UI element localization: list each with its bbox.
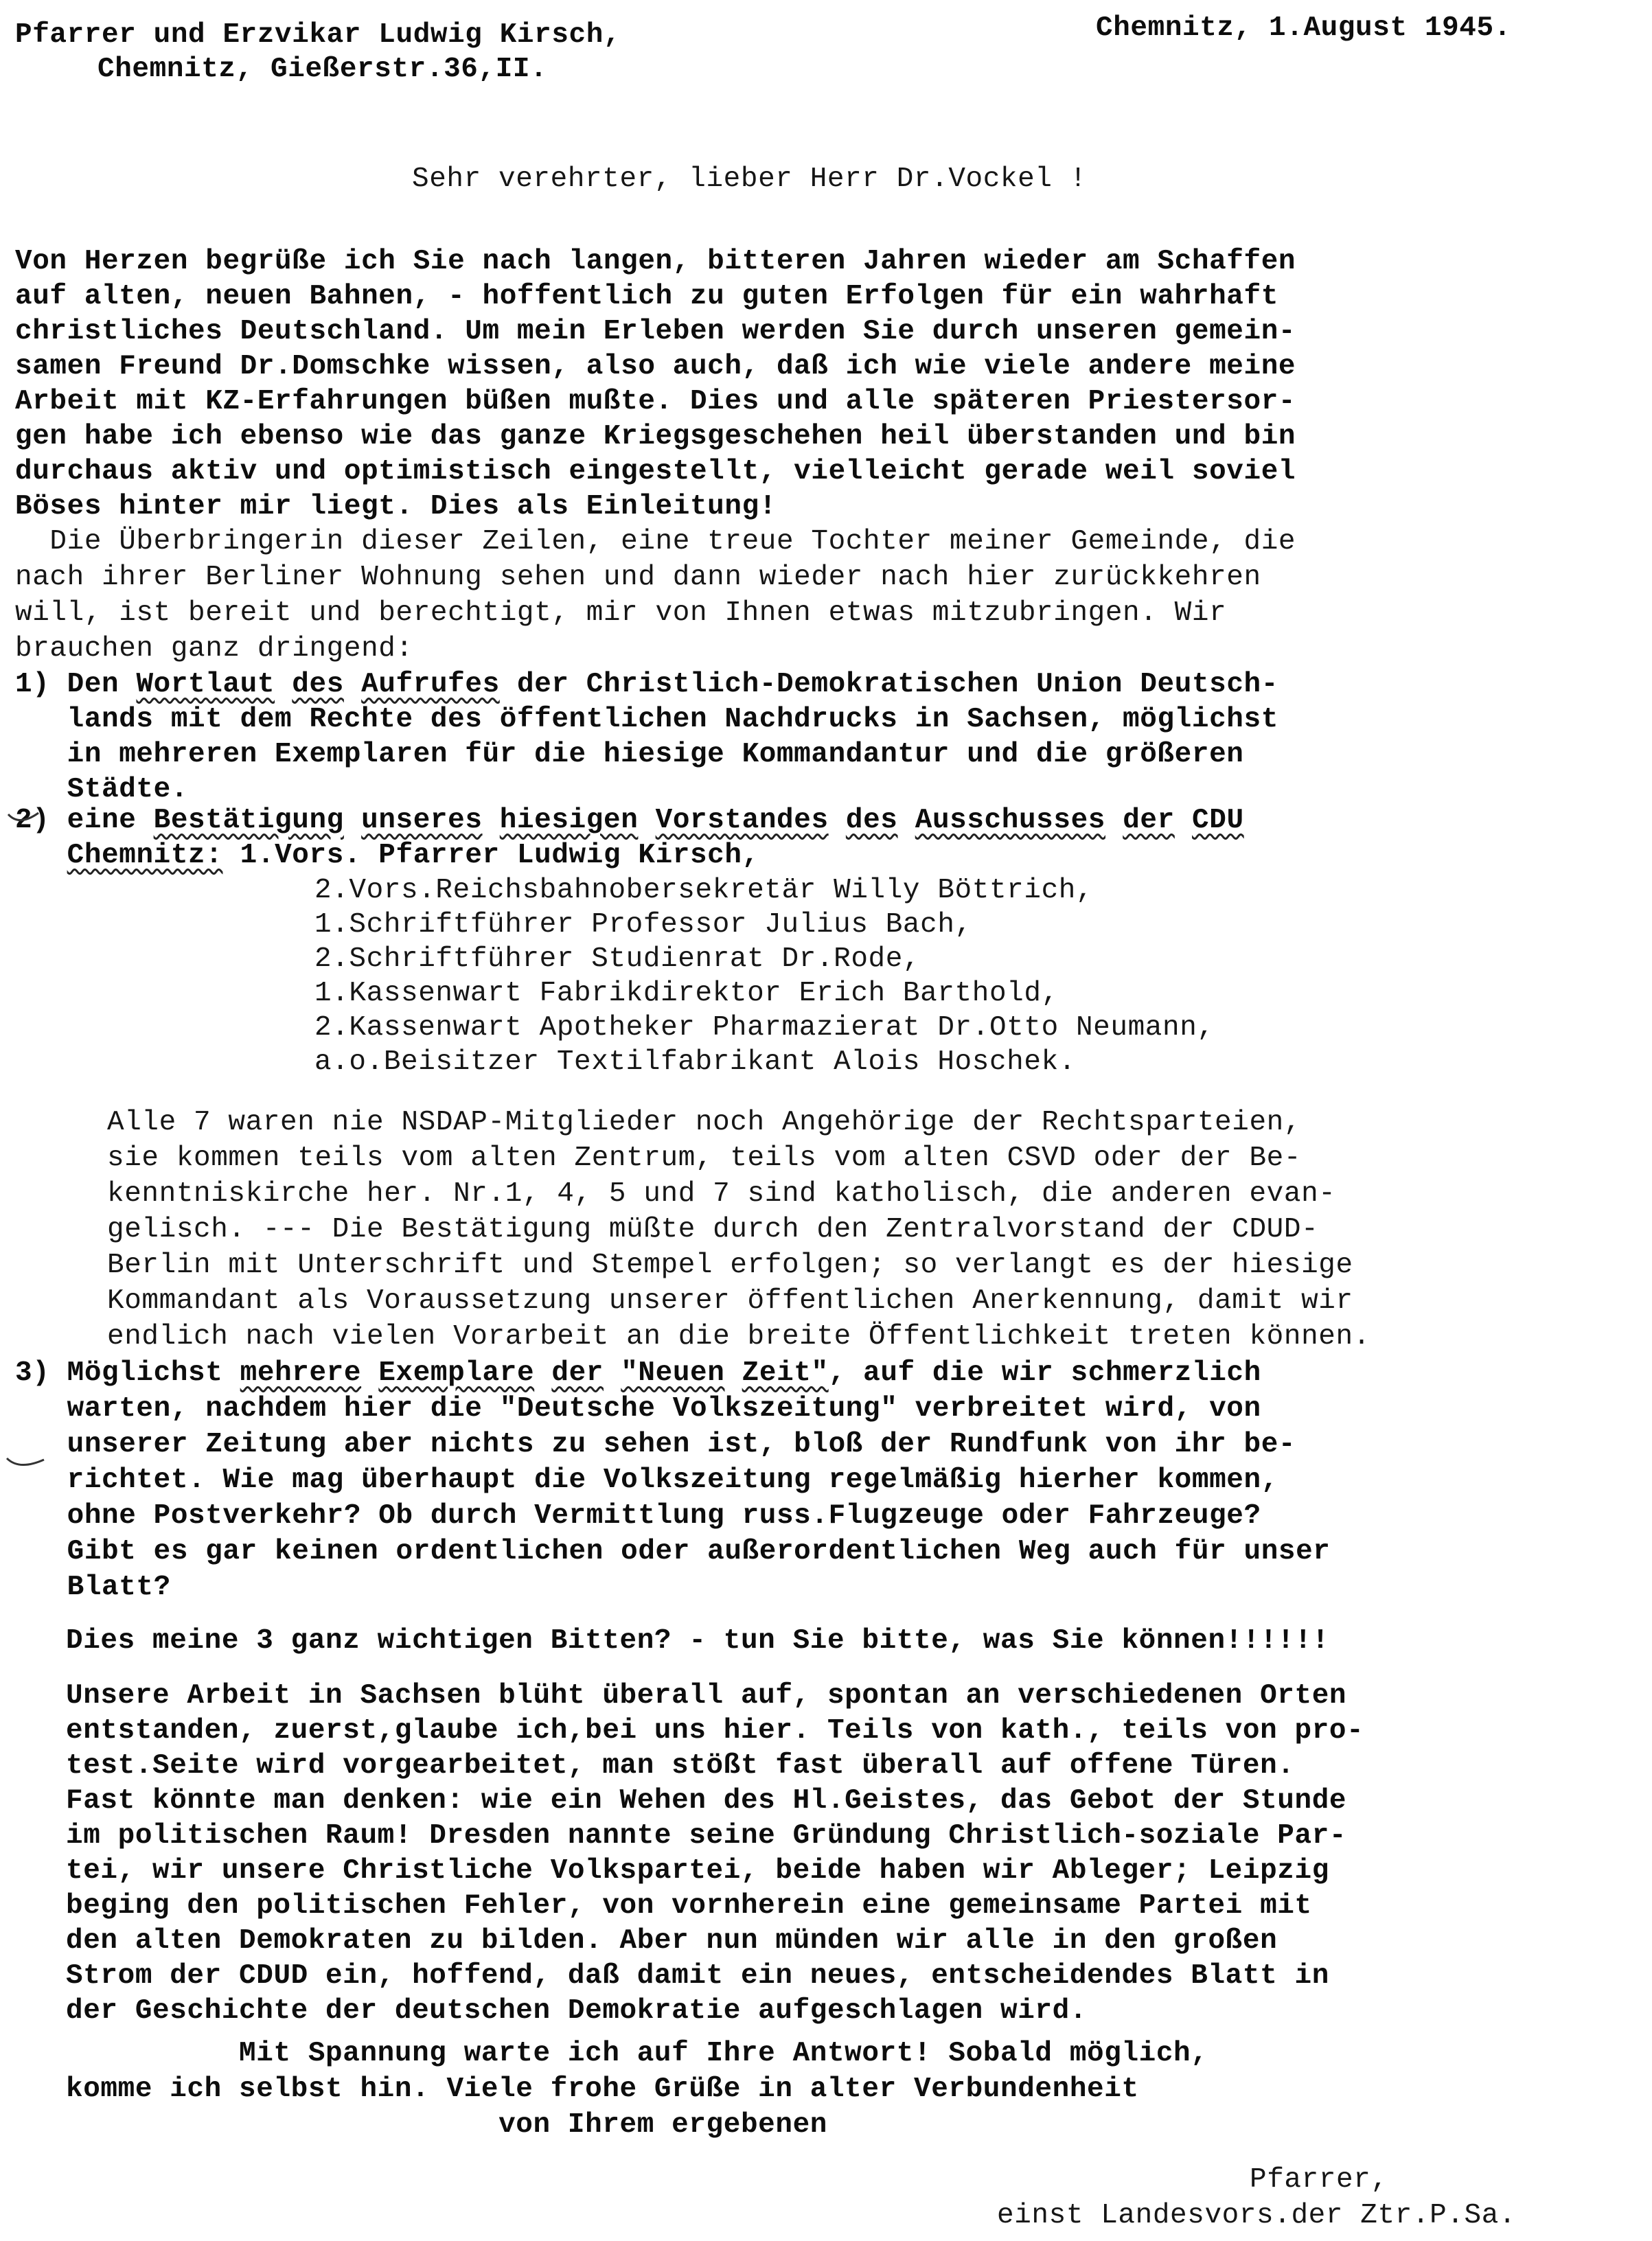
text-line: in mehreren Exemplaren für die hiesige K… <box>15 737 1243 772</box>
text-line: entstanden, zuerst,glaube ich,bei uns hi… <box>66 1714 1364 1748</box>
text-run <box>724 1357 742 1389</box>
text-run: in mehreren Exemplaren für die hiesige K… <box>15 739 1243 770</box>
underlined-word: Vorstandes <box>656 805 829 836</box>
text-line: durchaus aktiv und optimistisch eingeste… <box>15 455 1296 489</box>
underlined-word: des <box>846 805 898 836</box>
sender-name: Pfarrer und Erzvikar Ludwig Kirsch, <box>15 18 621 52</box>
underlined-word: Zeit" <box>742 1357 829 1389</box>
text-run <box>534 1357 551 1389</box>
sender-address: Chemnitz, Gießerstr.36,II. <box>97 52 547 87</box>
text-run <box>604 1357 621 1389</box>
underlined-word: der <box>1123 805 1175 836</box>
text-line: Strom der CDUD ein, hoffend, daß damit e… <box>66 1959 1329 1993</box>
text-line: Chemnitz: 1.Vors. Pfarrer Ludwig Kirsch, <box>15 838 759 873</box>
text-run <box>829 805 846 836</box>
text-line: gen habe ich ebenso wie das ganze Kriegs… <box>15 420 1296 454</box>
text-line: Arbeit mit KZ-Erfahrungen büßen mußte. D… <box>15 384 1296 419</box>
text-line: warten, nachdem hier die "Deutsche Volks… <box>15 1392 1261 1426</box>
board-member: 2.Vors.Reichsbahnobersekretär Willy Bött… <box>314 873 1093 908</box>
signature-office: einst Landesvors.der Ztr.P.Sa. <box>997 2198 1516 2233</box>
text-run <box>15 840 67 871</box>
text-line: Böses hinter mir liegt. Dies als Einleit… <box>15 490 777 524</box>
underlined-word: hiesigen <box>500 805 639 836</box>
underlined-word: der <box>551 1357 604 1389</box>
text-line: Alle 7 waren nie NSDAP-Mitglieder noch A… <box>107 1105 1301 1140</box>
text-run: lands mit dem Rechte des öffentlichen Na… <box>15 704 1278 735</box>
text-line: Unsere Arbeit in Sachsen blüht überall a… <box>66 1679 1346 1713</box>
underlined-word: Ausschusses <box>915 805 1105 836</box>
text-run <box>638 805 655 836</box>
text-line: nach ihrer Berliner Wohnung sehen und da… <box>15 560 1261 595</box>
text-run <box>483 805 500 836</box>
text-line: samen Freund Dr.Domschke wissen, also au… <box>15 349 1296 384</box>
underlined-word: Bestätigung <box>154 805 344 836</box>
text-run <box>275 669 292 700</box>
underlined-word: des <box>292 669 344 700</box>
text-line: Fast könnte man denken: wie ein Wehen de… <box>66 1784 1346 1818</box>
text-line: der Geschichte der deutschen Demokratie … <box>66 1994 1087 2028</box>
text-line: brauchen ganz dringend: <box>15 632 413 666</box>
text-line: Die Überbringerin dieser Zeilen, eine tr… <box>15 525 1296 559</box>
text-run <box>1175 805 1192 836</box>
underlined-word: CDU <box>1192 805 1244 836</box>
text-line: sie kommen teils vom alten Zentrum, teil… <box>107 1141 1301 1175</box>
underlined-word: Aufrufes <box>361 669 500 700</box>
text-run <box>344 669 361 700</box>
text-run: warten, nachdem hier die "Deutsche Volks… <box>15 1393 1261 1425</box>
text-run: , auf die wir schmerzlich <box>829 1357 1261 1389</box>
text-line: richtet. Wie mag überhaupt die Volkszeit… <box>15 1463 1278 1497</box>
text-line: will, ist bereit und berechtigt, mir von… <box>15 596 1226 630</box>
text-run: Gibt es gar keinen ordentlichen oder auß… <box>15 1536 1331 1567</box>
text-line: Blatt? <box>15 1570 171 1605</box>
margin-check-mark-icon <box>4 1449 52 1476</box>
text-line: Mit Spannung warte ich auf Ihre Antwort!… <box>66 2036 1208 2071</box>
underlined-word: Wortlaut <box>136 669 275 700</box>
margin-check-mark-icon <box>5 803 47 831</box>
text-line: Kommandant als Voraussetzung unserer öff… <box>107 1284 1353 1318</box>
underlined-word: Chemnitz: <box>67 840 223 871</box>
underlined-word: Exemplare <box>378 1357 534 1389</box>
text-run: unserer Zeitung aber nichts zu sehen ist… <box>15 1429 1296 1460</box>
text-line: unserer Zeitung aber nichts zu sehen ist… <box>15 1427 1296 1462</box>
letter-page: Pfarrer und Erzvikar Ludwig Kirsch, Chem… <box>0 0 1652 2241</box>
underlined-word: "Neuen <box>621 1357 724 1389</box>
text-line: kenntniskirche her. Nr.1, 4, 5 und 7 sin… <box>107 1177 1335 1211</box>
text-line: Berlin mit Unterschrift und Stempel erfo… <box>107 1248 1353 1283</box>
text-line: auf alten, neuen Bahnen, - hoffentlich z… <box>15 279 1278 314</box>
board-member: 2.Kassenwart Apotheker Pharmazierat Dr.O… <box>314 1011 1215 1045</box>
text-line: im politischen Raum! Dresden nannte sein… <box>66 1819 1346 1853</box>
requests-summary: Dies meine 3 ganz wichtigen Bitten? - tu… <box>66 1624 1329 1658</box>
text-run: ohne Postverkehr? Ob durch Vermittlung r… <box>15 1500 1261 1532</box>
text-line: endlich nach vielen Vorarbeit an die bre… <box>107 1320 1370 1354</box>
board-member: 1.Schriftführer Professor Julius Bach, <box>314 908 972 942</box>
text-run <box>344 805 361 836</box>
text-run: 1.Vors. Pfarrer Ludwig Kirsch, <box>222 840 759 871</box>
text-line: ohne Postverkehr? Ob durch Vermittlung r… <box>15 1499 1261 1533</box>
text-line: 1) Den Wortlaut des Aufrufes der Christl… <box>15 667 1278 702</box>
text-run: richtet. Wie mag überhaupt die Volkszeit… <box>15 1464 1278 1496</box>
text-line: den alten Demokraten zu bilden. Aber nun… <box>66 1924 1277 1958</box>
text-line: Von Herzen begrüße ich Sie nach langen, … <box>15 244 1296 279</box>
underlined-word: unseres <box>361 805 482 836</box>
text-line: Städte. <box>15 772 188 807</box>
text-run <box>898 805 915 836</box>
text-line: beging den politischen Fehler, von vornh… <box>66 1889 1312 1923</box>
underlined-word: mehrere <box>240 1357 361 1389</box>
text-line: tei, wir unsere Christliche Volkspartei,… <box>66 1854 1329 1888</box>
text-line: christliches Deutschland. Um mein Erlebe… <box>15 314 1296 349</box>
text-line: lands mit dem Rechte des öffentlichen Na… <box>15 702 1278 737</box>
text-line: 3) Möglichst mehrere Exemplare der "Neue… <box>15 1356 1261 1390</box>
text-run <box>1105 805 1123 836</box>
text-line: 2) eine Bestätigung unseres hiesigen Vor… <box>15 803 1244 838</box>
text-line: von Ihrem ergebenen <box>66 2108 827 2142</box>
text-line: Gibt es gar keinen ordentlichen oder auß… <box>15 1535 1331 1569</box>
text-line: komme ich selbst hin. Viele frohe Grüße … <box>66 2072 1139 2106</box>
text-run: 1) Den <box>15 669 136 700</box>
text-run: Städte. <box>15 774 188 805</box>
text-run <box>361 1357 378 1389</box>
text-line: gelisch. --- Die Bestätigung müßte durch… <box>107 1213 1318 1247</box>
text-run: 3) Möglichst <box>15 1357 240 1389</box>
salutation: Sehr verehrter, lieber Herr Dr.Vockel ! <box>412 162 1087 196</box>
board-member: 2.Schriftführer Studienrat Dr.Rode, <box>314 942 920 976</box>
place-date: Chemnitz, 1.August 1945. <box>1096 11 1511 45</box>
text-run: der Christlich-Demokratischen Union Deut… <box>500 669 1278 700</box>
board-member: 1.Kassenwart Fabrikdirektor Erich Bartho… <box>314 976 1059 1011</box>
text-run: Blatt? <box>15 1572 171 1603</box>
text-line: test.Seite wird vorgearbeitet, man stößt… <box>66 1749 1294 1783</box>
board-member: a.o.Beisitzer Textilfabrikant Alois Hosc… <box>314 1045 1076 1079</box>
signature-title: Pfarrer, <box>1250 2163 1388 2197</box>
